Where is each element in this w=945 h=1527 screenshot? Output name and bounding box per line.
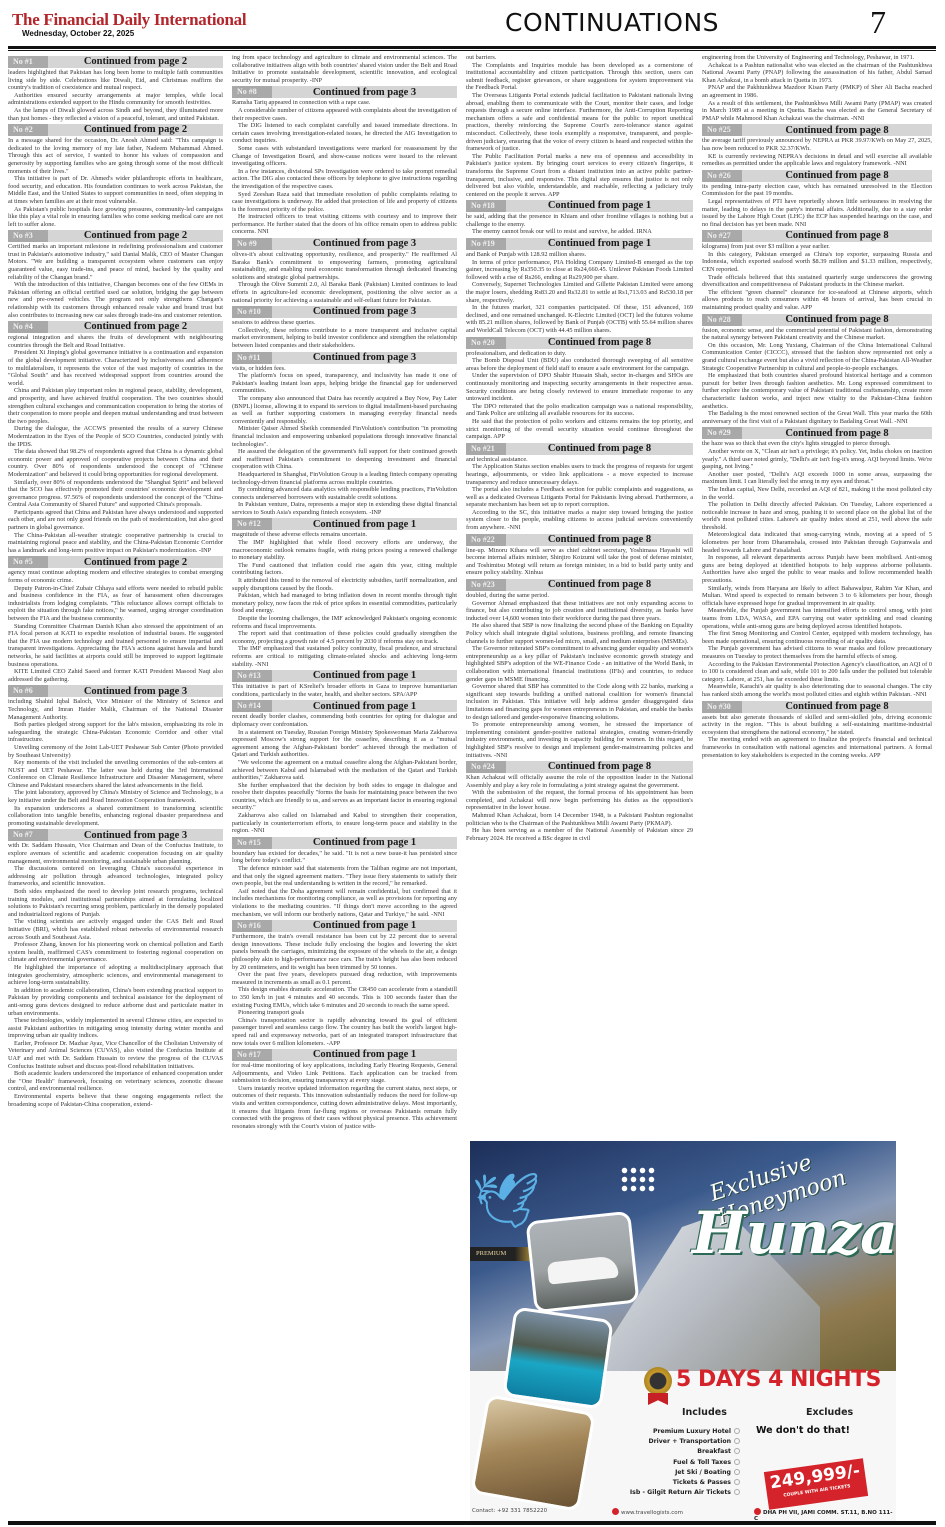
article-continuation: No #20Continued from page 8professionali… [466, 337, 693, 441]
article-paragraph: Governor shared that SBP has committed t… [466, 683, 693, 721]
includes-item: Driver + Transportation [598, 1437, 740, 1447]
includes-list: Premium Luxury Hotel Driver + Transporta… [598, 1427, 740, 1498]
article-paragraph: Meanwhile, Karachi's air quality is also… [702, 683, 932, 698]
article-paragraph: Standing Committee Chairman Danish Khan … [8, 623, 223, 669]
article-paragraph: The Punjab government has advised citize… [702, 645, 932, 660]
article-paragraph: The company also announced that Daira ha… [232, 395, 457, 425]
article-paragraph: The enemy cannot break our will to resis… [466, 228, 693, 236]
article-paragraph: boundary has existed for decades," he sa… [232, 850, 457, 865]
article-paragraph: agency must continue adopting modern and… [8, 569, 223, 584]
continued-from-label: Continued from page 3 [272, 354, 457, 362]
article-paragraph: During the dialogue, the ACCWS presented… [8, 425, 223, 448]
article-paragraph: In addition to academic collaboration, C… [8, 987, 223, 1017]
article-number-badge: No #9 [232, 238, 272, 250]
continued-from-label: Continued from page 2 [48, 323, 223, 331]
article-paragraph: The Public Facilitation Portal marks a n… [466, 153, 693, 199]
check-circle-icon [734, 1489, 740, 1495]
article-continuation: No #2Continued from page 2In a message s… [8, 124, 223, 228]
ad-destination: Hunza [692, 1199, 896, 1267]
article-continuation: No #12Continued from page 1magnitude of … [232, 518, 457, 668]
article-continuation: No #8Continued from page 3Ramsha Tariq a… [232, 86, 457, 236]
continued-from-label: Continued from page 8 [742, 127, 932, 135]
article-paragraph: These technologies, widely implemented i… [8, 1017, 223, 1040]
article-paragraph: The first Smog Monitoring and Control Ce… [702, 630, 932, 645]
article-paragraph: The data showed that 98.2% of respondent… [8, 448, 223, 478]
article-paragraph: The Badaling is the most renowned sectio… [702, 410, 932, 425]
section-title: CONTINUATIONS [505, 8, 719, 37]
article-paragraph: KE is currently reviewing NEPRA's decisi… [702, 153, 932, 168]
ad-footer: Contact: +92 331 7852220 www.travellogis… [470, 1505, 896, 1519]
includes-item: Premium Luxury Hotel [598, 1427, 740, 1437]
article-number-badge: No #4 [8, 321, 48, 333]
article-number-badge: No #23 [466, 579, 506, 591]
article-paragraph: Zakharova also called on Islamabad and K… [232, 812, 457, 835]
article-paragraph: The Bomb Disposal Unit (BDU) also conduc… [466, 357, 693, 372]
article-paragraph: Similarly, over 80% of respondents under… [8, 479, 223, 509]
article-number-badge: No #20 [466, 337, 506, 349]
includes-item-label: Isb - Gilgit Return Air Tickets [630, 1489, 731, 1496]
article-paragraph: According to the Pakistan Environmental … [702, 661, 932, 684]
article-continuation: No #19Continued from page 1and Bank of P… [466, 238, 693, 335]
article-paragraph: The joint laboratory, approved by China'… [8, 789, 223, 804]
includes-heading: Includes [682, 1407, 727, 1418]
article-number-badge: No #24 [466, 761, 506, 773]
continuation-header: No #10Continued from page 3 [232, 306, 457, 318]
article-paragraph: Minister Qaiser Ahmed Sheikh commended F… [232, 425, 457, 448]
article-paragraph: "We welcome the agreement on a mutual ce… [232, 759, 457, 782]
hotel-room-photo [470, 1394, 596, 1512]
article-paragraph: leaders highlighted that Pakistan has lo… [8, 69, 223, 92]
article-paragraph: In this category, Pakistan emerged as Ch… [702, 251, 932, 274]
continuation-header: No #26Continued from page 8 [702, 170, 932, 182]
article-paragraph: Asif noted that the Doha agreement will … [232, 888, 457, 918]
article-paragraph: China and Pakistan play important roles … [8, 387, 223, 425]
article-paragraph: recent deadly border clashes, commending… [232, 713, 457, 728]
article-continuation: No #18Continued from page 1he said, addi… [466, 200, 693, 236]
article-paragraph: This initiative is part of KSrelief's br… [232, 683, 457, 698]
continuation-header: No #2Continued from page 2 [8, 124, 223, 136]
article-paragraph: Some cases with substandard investigatio… [232, 145, 457, 168]
continuation-header: No #19Continued from page 1 [466, 238, 693, 250]
article-number-badge: No #14 [232, 700, 272, 712]
article-paragraph: magnitude of these adverse effects remai… [232, 531, 457, 539]
continuation-header: No #22Continued from page 8 [466, 534, 693, 546]
article-number-badge: No #8 [232, 86, 272, 98]
newspaper-name: The Financial Daily International [12, 10, 246, 30]
article-paragraph: its pending intra-party election case, w… [702, 183, 932, 198]
article-continuation: No #13Continued from page 1This initiati… [232, 670, 457, 698]
article-number-badge: No #11 [232, 352, 272, 364]
article-number-badge: No #22 [466, 534, 506, 546]
includes-item: Fuel & Toll Taxes [598, 1458, 740, 1468]
article-paragraph: the haze was so thick that even the city… [702, 440, 932, 448]
column-1: No #1Continued from page 2leaders highli… [8, 54, 223, 1108]
article-paragraph: He has been serving as a member of the N… [466, 827, 693, 842]
ad-contact-phone[interactable]: Contact: +92 331 7852220 [472, 1508, 547, 1514]
excludes-text: We don't do that! [756, 1425, 850, 1436]
continuation-header: No #28Continued from page 8 [702, 314, 932, 326]
ad-website-link[interactable]: www.travellogists.com [612, 1508, 683, 1516]
includes-item: Jet Ski / Boating [598, 1468, 740, 1478]
honeymoon-advertisement[interactable]: 🕊 PREMIUM Exclusive Honeymoon Hunza 5 DA… [470, 1141, 896, 1525]
article-continuation: No #30Continued from page 8assets but al… [702, 701, 932, 760]
article-paragraph: and technical assistance. [466, 456, 693, 464]
article-continuation: No #14Continued from page 1recent deadly… [232, 700, 457, 835]
article-paragraph: Furthermore, the train's overall resista… [232, 933, 457, 971]
article-paragraph: Certified marks an important milestone i… [8, 243, 223, 281]
article-paragraph: A considerable number of citizens appear… [232, 107, 457, 122]
article-continuation: No #16Continued from page 1Furthermore, … [232, 920, 457, 1047]
continued-from-label: Continued from page 8 [742, 703, 932, 711]
continued-from-label: Continued from page 3 [48, 832, 223, 840]
article-paragraph: He also shared that SBP is now finalizin… [466, 622, 693, 645]
article-paragraph: Deputy Patron-in-Chief Zubair Chhaya sai… [8, 585, 223, 623]
article-continuation: No #23Continued from page 8doubled, duri… [466, 579, 693, 759]
column-2: ing from space technology and agricultur… [232, 54, 457, 1130]
article-paragraph: assets but also generate thousands of sk… [702, 714, 932, 737]
article-paragraph: President Xi Jinping's global governance… [8, 349, 223, 387]
continued-from-label: Continued from page 2 [48, 126, 223, 134]
article-paragraph: visits, or hidden fees. [232, 365, 457, 373]
continued-from-label: Continued from page 3 [272, 89, 457, 97]
continuation-header: No #29Continued from page 8 [702, 427, 932, 439]
article-paragraph: kilograms) from just over $3 million a y… [702, 243, 932, 251]
continuation-header: No #12Continued from page 1 [232, 518, 457, 530]
article-paragraph: professionalism, and dedication to duty. [466, 350, 693, 358]
article-paragraph: In the futures market, 321 companies par… [466, 304, 693, 334]
ribbon-icon [648, 1393, 668, 1405]
article-paragraph: It attributed this trend to the removal … [232, 577, 457, 592]
check-circle-icon [734, 1459, 740, 1465]
article-paragraph: The meeting ended with an agreement to f… [702, 736, 932, 759]
ad-dot-grid-decoration [620, 1166, 656, 1194]
article-paragraph: In a message shared for the occasion, Dr… [8, 137, 223, 175]
article-paragraph: Another wrote on X, "Clean air isn't a p… [702, 448, 932, 471]
article-number-badge: No #13 [232, 670, 272, 682]
article-number-badge: No #6 [8, 685, 48, 697]
continuation-header: No #15Continued from page 1 [232, 837, 457, 849]
article-paragraph: out barriers. [466, 54, 693, 62]
article-paragraph: The portal also includes a Feedback sect… [466, 486, 693, 509]
includes-item: Tickets & Passes [598, 1478, 740, 1488]
article-number-badge: No #25 [702, 124, 742, 136]
article-continuation: No #17Continued from page 1for real-time… [232, 1049, 457, 1130]
article-paragraph: He said that the protection of polio wor… [466, 418, 693, 441]
article-paragraph: Through the Olive Summit 2.0, Al Baraka … [232, 281, 457, 304]
article-continuation: No #22Continued from page 8line-up. Mino… [466, 534, 693, 577]
continued-from-label: Continued from page 8 [506, 445, 693, 453]
header-rule-thin [8, 50, 936, 51]
ad-address: DHA PH VII, JAMI COMM. ST.11, B.NO 111-C [754, 1508, 896, 1522]
article-paragraph: The Overseas Litigants Portal extends ju… [466, 92, 693, 153]
article-continuation: No #28Continued from page 8fusion, econo… [702, 314, 932, 426]
continued-from-label: Continued from page 2 [48, 559, 223, 567]
article-continuation: No #27Continued from page 8kilograms) fr… [702, 230, 932, 311]
article-paragraph: Key moments of the visit included the un… [8, 759, 223, 789]
includes-item-label: Tickets & Passes [673, 1479, 731, 1486]
continued-from-label: Continued from page 8 [506, 763, 693, 771]
article-paragraph: Users instantly receive updated informat… [232, 1085, 457, 1131]
article-paragraph: Ramsha Tariq appeared in connection with… [232, 99, 457, 107]
article-number-badge: No #2 [8, 124, 48, 136]
article-paragraph: Another user posted, "Delhi's AQI exceed… [702, 471, 932, 486]
article-continuation: No #25Continued from page 8the average t… [702, 124, 932, 167]
continued-from-label: Continued from page 8 [506, 536, 693, 544]
article-paragraph: Conversely, Supernet Technologies Limite… [466, 281, 693, 304]
article-continuation: No #11Continued from page 3visits, or hi… [232, 352, 457, 517]
continuation-header: No #27Continued from page 8 [702, 230, 932, 242]
article-number-badge: No #27 [702, 230, 742, 242]
article-paragraph: With the submission of the request, the … [466, 789, 693, 812]
article-paragraph: Achakzai is a Pashtun nationalist who wa… [702, 62, 932, 85]
article-continuation: No #5Continued from page 2agency must co… [8, 556, 223, 683]
article-paragraph: Professor Zhang, known for his pioneerin… [8, 941, 223, 964]
article-paragraph: The IMF highlighted that while flood rec… [232, 539, 457, 562]
continued-from-label: Continued from page 8 [742, 430, 932, 438]
article-paragraph: As the lamps of Diwali glowed across Sin… [8, 107, 223, 122]
article-number-badge: No #29 [702, 427, 742, 439]
continued-from-label: Continued from page 1 [272, 922, 457, 930]
article-continuation: No #29Continued from page 8the haze was … [702, 427, 932, 698]
continuation-header: No #4Continued from page 2 [8, 321, 223, 333]
globe-icon [612, 1508, 619, 1515]
article-paragraph: The discussions centered on leveraging C… [8, 865, 223, 888]
article-paragraph: Meteorological data indicated that smog-… [702, 531, 932, 554]
article-paragraph: the average tariff previously announced … [702, 137, 932, 152]
article-paragraph: China's transportation sector is rapidly… [232, 1017, 457, 1047]
continued-from-label: Continued from page 2 [48, 58, 223, 66]
continued-from-label: Continued from page 1 [272, 839, 457, 847]
article-paragraph: The Indian capital, New Delhi, recorded … [702, 486, 932, 501]
article-paragraph: Syed Zeeshan Raza said that immediate re… [232, 191, 457, 214]
article-number-badge: No #28 [702, 314, 742, 326]
article-continuation: No #3Continued from page 2Certified mark… [8, 230, 223, 319]
continued-from-label: Continued from page 8 [742, 232, 932, 240]
continuation-header: No #13Continued from page 1 [232, 670, 457, 682]
continued-from-label: Continued from page 1 [272, 521, 457, 529]
article-paragraph: To promote entrepreneurship among women,… [466, 721, 693, 759]
ad-website-label: www.travellogists.com [621, 1510, 683, 1516]
article-number-badge: No #26 [702, 170, 742, 182]
article-paragraph: The Application Status section enables u… [466, 463, 693, 486]
article-paragraph: Meanwhile, the Punjab government has int… [702, 607, 932, 630]
lake-jetski-photo [502, 1306, 614, 1409]
article-paragraph: sessions to address these queries. [232, 319, 457, 327]
article-continuation: ing from space technology and agricultur… [232, 54, 457, 84]
article-continuation: No #6Continued from page 3including Shah… [8, 685, 223, 827]
price-tag: 249,999/- COUPLE WITH AIR TICKETS [764, 1458, 868, 1510]
article-paragraph: He instructed officers to treat visiting… [232, 213, 457, 236]
article-paragraph: Both academic leaders underscored the im… [8, 1070, 223, 1093]
article-paragraph: He highlighted the importance of adoptin… [8, 964, 223, 987]
article-paragraph: ing from space technology and agricultur… [232, 54, 457, 84]
article-number-badge: No #16 [232, 920, 272, 932]
article-paragraph: Mahmud Khan Achakzai, born 14 December 1… [466, 812, 693, 827]
includes-item-label: Premium Luxury Hotel [653, 1428, 731, 1435]
article-paragraph: He emphasized that both countries shared… [702, 372, 932, 410]
includes-item: Isb - Gilgit Return Air Tickets [598, 1488, 740, 1498]
article-paragraph: This design enables dramatic acceleratio… [232, 986, 457, 1009]
continued-from-label: Continued from page 1 [272, 672, 457, 680]
location-pin-icon [754, 1508, 761, 1515]
article-paragraph: he said, adding that the presence in Khi… [466, 213, 693, 228]
article-continuation: No #4Continued from page 2regional integ… [8, 321, 223, 554]
continued-from-label: Continued from page 3 [48, 688, 223, 696]
article-paragraph: Trade officials believed that this susta… [702, 274, 932, 289]
article-paragraph: Its expansion underscores a shared commi… [8, 805, 223, 828]
article-paragraph: Under the supervision of DPO Shabir Huss… [466, 372, 693, 402]
article-paragraph: In response, all relevant departments ac… [702, 554, 932, 584]
article-paragraph: Governor Ahmad emphasized that these ini… [466, 600, 693, 623]
article-paragraph: engineering from the University of Engin… [702, 54, 932, 62]
continued-from-label: Continued from page 1 [272, 703, 457, 711]
article-paragraph: The Complaints and Inquiries module has … [466, 62, 693, 92]
continued-from-label: Continued from page 8 [506, 339, 693, 347]
article-number-badge: No #1 [8, 56, 48, 68]
dove-logo-icon: 🕊 [472, 1161, 527, 1241]
issue-date: Wednesday, October 22, 2025 [22, 29, 134, 38]
article-number-badge: No #17 [232, 1049, 272, 1061]
check-circle-icon [734, 1438, 740, 1444]
page-number: 7 [870, 4, 886, 41]
continuation-header: No #6Continued from page 3 [8, 685, 223, 697]
ad-duration: 5 DAYS 4 NIGHTS [676, 1367, 881, 1392]
continuation-header: No #21Continued from page 8 [466, 443, 693, 455]
premium-label: PREMIUM [470, 1247, 534, 1261]
article-paragraph: fusion, economic sense, and the commerci… [702, 327, 932, 342]
article-paragraph: Similarly, winds from Haryana are likely… [702, 585, 932, 608]
continuation-header: No #17Continued from page 1 [232, 1049, 457, 1061]
continuation-header: No #11Continued from page 3 [232, 352, 457, 364]
article-continuation: No #26Continued from page 8its pending i… [702, 170, 932, 229]
article-paragraph: In Pakistan venture, Daira, represents a… [232, 501, 457, 516]
article-number-badge: No #30 [702, 701, 742, 713]
article-number-badge: No #18 [466, 200, 506, 212]
article-number-badge: No #5 [8, 556, 48, 568]
continuation-header: No #24Continued from page 8 [466, 761, 693, 773]
continued-from-label: Continued from page 2 [48, 232, 223, 240]
airplane-photo [525, 1211, 639, 1313]
article-number-badge: No #7 [8, 829, 48, 841]
continued-from-label: Continued from page 1 [506, 202, 693, 210]
article-paragraph: In terms of price performance, PIA Holdi… [466, 259, 693, 282]
continued-from-label: Continued from page 8 [742, 316, 932, 324]
check-circle-icon [734, 1469, 740, 1475]
article-paragraph: Unveiling ceremony of the Joint Lab-UET … [8, 744, 223, 759]
article-paragraph: The visiting scientists are actively eng… [8, 918, 223, 941]
check-circle-icon [734, 1428, 740, 1434]
article-paragraph: Despite the looming challenges, the IMF … [232, 615, 457, 630]
article-paragraph: KITE Limited CEO Zahid Saeed and former … [8, 668, 223, 683]
article-paragraph: Legal representatives of PTI have report… [702, 198, 932, 228]
check-circle-icon [734, 1479, 740, 1485]
includes-item: Breakfast [598, 1447, 740, 1457]
article-continuation: No #1Continued from page 2leaders highli… [8, 56, 223, 122]
article-continuation: No #9Continued from page 3olives-it's ab… [232, 238, 457, 304]
continuation-header: No #3Continued from page 2 [8, 230, 223, 242]
includes-item-label: Breakfast [697, 1448, 731, 1455]
article-paragraph: Headquartered in Shanghai, FinVolution G… [232, 471, 457, 486]
article-paragraph: In a statement on Tuesday, Russian Forei… [232, 729, 457, 759]
article-continuation: No #7Continued from page 3with Dr. Sadda… [8, 829, 223, 1108]
continuation-header: No #23Continued from page 8 [466, 579, 693, 591]
continuation-header: No #9Continued from page 3 [232, 238, 457, 250]
article-paragraph: Khan Achakzai will officially assume the… [466, 774, 693, 789]
article-paragraph: doubled, during the same period. [466, 592, 693, 600]
continuation-header: No #7Continued from page 3 [8, 829, 223, 841]
header-rule [8, 46, 936, 49]
article-paragraph: Pakistan, which had managed to bring inf… [232, 592, 457, 615]
article-paragraph: With the introduction of this initiative… [8, 281, 223, 319]
article-paragraph: regional integration and shares the frui… [8, 334, 223, 349]
footer-rule [8, 1521, 936, 1525]
article-number-badge: No #10 [232, 306, 272, 318]
article-continuation: No #10Continued from page 3sessions to a… [232, 306, 457, 349]
continuation-header: No #14Continued from page 1 [232, 700, 457, 712]
article-paragraph: Environmental experts believe that these… [8, 1093, 223, 1108]
article-number-badge: No #3 [8, 230, 48, 242]
excludes-heading: Excludes [806, 1407, 853, 1418]
article-paragraph: Pioneering transport goals [232, 1009, 457, 1017]
article-paragraph: including Shahid Iqbal Baloch, Vice Mini… [8, 698, 223, 721]
article-paragraph: This initiative is part of Dr. Ahmed's w… [8, 175, 223, 205]
premium-badge-icon [644, 1367, 672, 1395]
continued-from-label: Continued from page 1 [506, 240, 693, 248]
article-paragraph: and Bank of Punjab with 128.92 million s… [466, 251, 693, 259]
article-continuation: out barriers.The Complaints and Inquirie… [466, 54, 693, 198]
article-paragraph: As Pakistan's public hospitals face grow… [8, 206, 223, 229]
article-paragraph: The IMF emphasized that sustained policy… [232, 645, 457, 668]
continued-from-label: Continued from page 3 [272, 308, 457, 316]
article-paragraph: PNAP and the Pakhtunkhwa Mazdoor Kisan P… [702, 84, 932, 99]
continued-from-label: Continued from page 1 [272, 1051, 457, 1059]
includes-item-label: Driver + Transportation [648, 1438, 731, 1445]
article-paragraph: As a result of this settlement, the Pash… [702, 100, 932, 123]
article-paragraph: The DIG listened to each complaint caref… [232, 122, 457, 145]
article-paragraph: The China-Pakistan all-weather strategic… [8, 532, 223, 555]
article-continuation: No #24Continued from page 8Khan Achakzai… [466, 761, 693, 842]
article-paragraph: Collectively, these reforms contribute t… [232, 327, 457, 350]
article-continuation: No #15Continued from page 1boundary has … [232, 837, 457, 918]
article-paragraph: According to the SC, this initiative mar… [466, 509, 693, 532]
continuation-header: No #30Continued from page 8 [702, 701, 932, 713]
continuation-header: No #20Continued from page 8 [466, 337, 693, 349]
article-paragraph: Over the past five years, developers pur… [232, 971, 457, 986]
article-paragraph: The platform's focus on speed, transpare… [232, 372, 457, 395]
article-paragraph: with Dr. Saddam Hussain, Vice Chairman a… [8, 842, 223, 865]
continued-from-label: Continued from page 8 [506, 581, 693, 589]
article-paragraph: Both parties pledged strong support for … [8, 721, 223, 744]
article-paragraph: The report said that continuation of the… [232, 630, 457, 645]
continuation-header: No #5Continued from page 2 [8, 556, 223, 568]
article-paragraph: The DPO reiterated that the polio eradic… [466, 403, 693, 418]
article-paragraph: Both sides emphasized the need to develo… [8, 888, 223, 918]
continued-from-label: Continued from page 8 [742, 172, 932, 180]
masthead: The Financial Daily International Wednes… [0, 0, 945, 46]
article-paragraph: The pollution in Delhi directly affected… [702, 501, 932, 531]
article-continuation: No #21Continued from page 8and technical… [466, 443, 693, 532]
column-4: engineering from the University of Engin… [702, 54, 932, 759]
article-paragraph: The efficient "green channel" clearance … [702, 289, 932, 312]
includes-item-label: Jet Ski / Boating [675, 1469, 731, 1476]
continued-from-label: Continued from page 3 [272, 240, 457, 248]
check-circle-icon [734, 1448, 740, 1454]
article-number-badge: No #19 [466, 238, 506, 250]
continuation-header: No #25Continued from page 8 [702, 124, 932, 136]
article-number-badge: No #12 [232, 518, 272, 530]
continuation-header: No #8Continued from page 3 [232, 86, 457, 98]
article-paragraph: He assured the delegation of the governm… [232, 448, 457, 471]
